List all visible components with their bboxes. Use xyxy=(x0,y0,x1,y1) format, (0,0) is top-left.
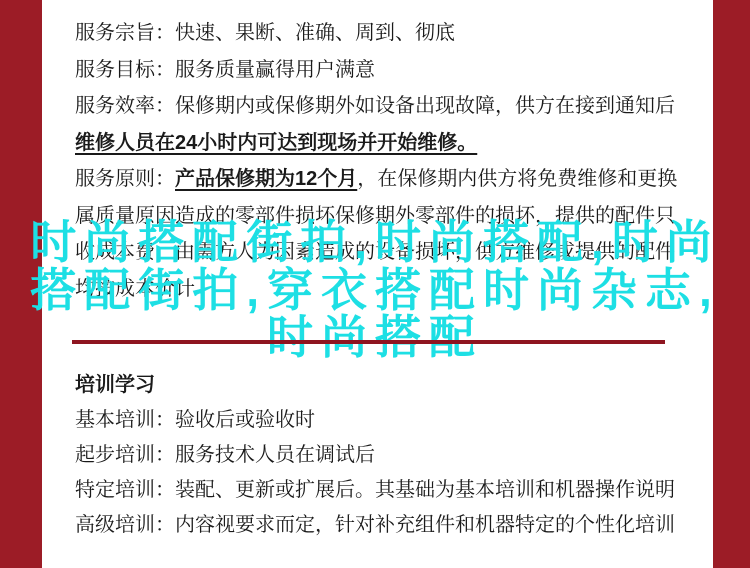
training-row: 起步培训：服务技术人员在调试后 xyxy=(75,438,675,473)
service-line-emphasis: 维修人员在24小时内可达到现场并开始维修。 xyxy=(75,132,477,154)
training-row: 高级培训：内容视要求而定，针对补充组件和机器特定的个性化培训 xyxy=(75,508,675,543)
service-line: 服务原则：产品保修期为12个月，在保修期内供方将免费维修和更换 xyxy=(75,161,677,198)
service-line: 服务目标：服务质量赢得用户满意 xyxy=(75,52,677,89)
service-line: 服务效率：保修期内或保修期外如设备出现故障，供方在接到通知后 xyxy=(75,88,677,125)
service-line: 维修人员在24小时内可达到现场并开始维修。 xyxy=(75,125,677,162)
service-line-text: 服务目标：服务质量赢得用户满意 xyxy=(75,59,375,81)
training-row: 特定培训：装配、更新或扩展后。其基础为基本培训和机器操作说明 xyxy=(75,473,675,508)
service-line-text: 服务原则： xyxy=(75,168,175,190)
service-line-text: ，在保修期内供方将免费维修和更换 xyxy=(357,168,677,190)
overlay-headline-line: 搭配街拍,穿衣搭配时尚杂志, xyxy=(0,267,750,315)
separator-line xyxy=(72,340,665,344)
service-line-text: 服务宗旨：快速、果断、准确、周到、彻底 xyxy=(75,22,455,44)
training-section: 培训学习 基本培训：验收后或验收时起步培训：服务技术人员在调试后特定培训：装配、… xyxy=(75,368,675,543)
service-line: 服务宗旨：快速、果断、准确、周到、彻底 xyxy=(75,15,677,52)
service-line-text: 服务效率：保修期内或保修期外如设备出现故障，供方在接到通知后 xyxy=(75,95,675,117)
document-page: 服务宗旨：快速、果断、准确、周到、彻底服务目标：服务质量赢得用户满意服务效率：保… xyxy=(0,0,750,568)
overlay-headline-line: 时尚搭配街拍,时尚搭配,时尚 xyxy=(0,219,750,267)
training-heading: 培训学习 xyxy=(75,368,675,403)
overlay-headline-line: 时尚搭配 xyxy=(0,314,750,362)
training-row: 基本培训：验收后或验收时 xyxy=(75,403,675,438)
service-line-emphasis: 产品保修期为12个月 xyxy=(175,168,357,190)
